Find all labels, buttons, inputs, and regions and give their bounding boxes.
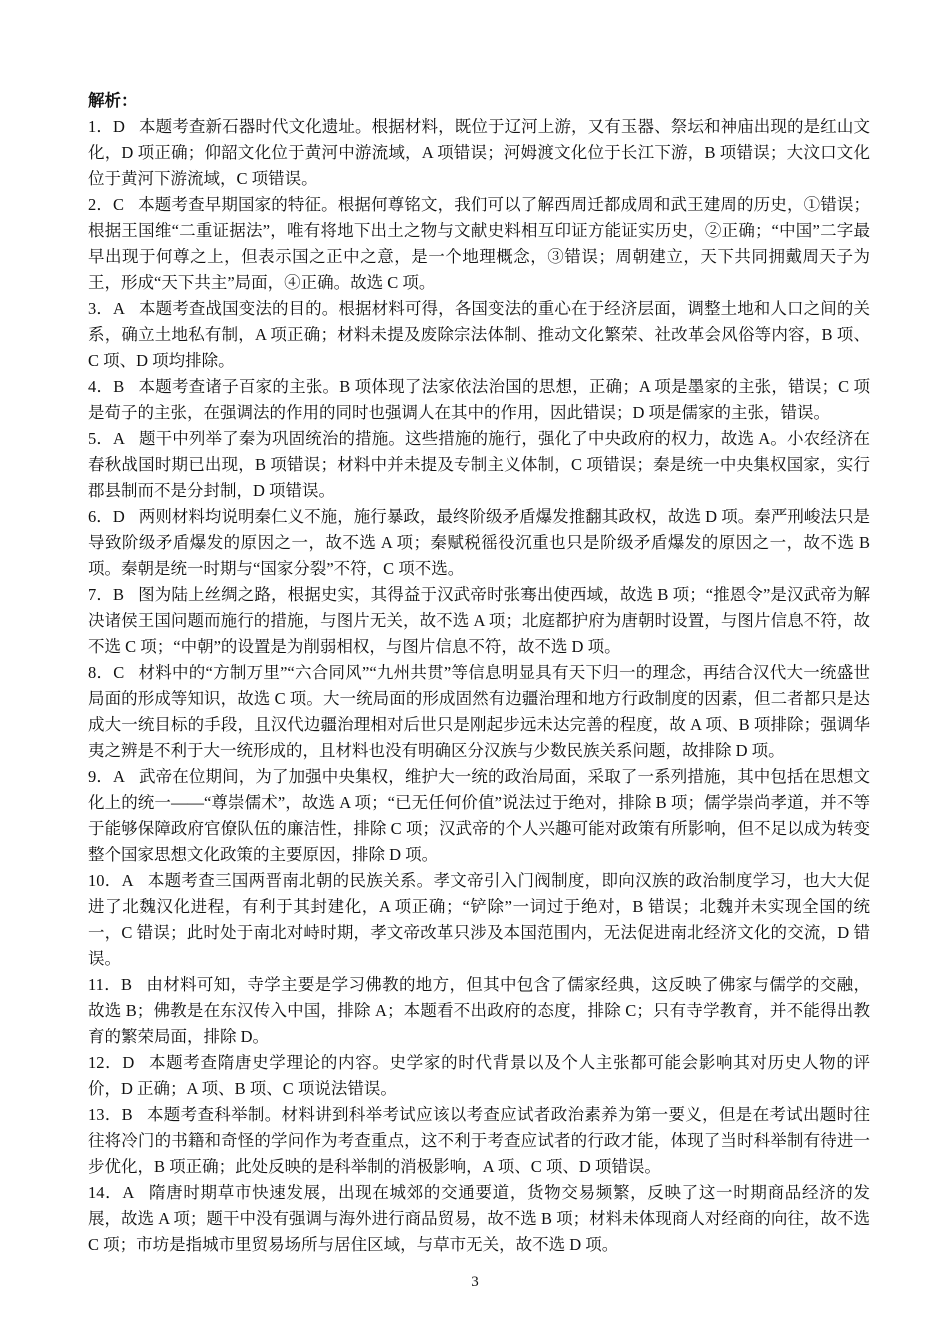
answer-label: 11．B [88, 975, 146, 994]
answer-item-2: 2．C本题考查早期国家的特征。根据何尊铭文，我们可以了解西周迁都成周和武王建周的… [88, 192, 870, 296]
explanation-text: 两则材料均说明秦仁义不施，施行暴政，最终阶级矛盾爆发推翻其政权，故选 D 项。秦… [88, 507, 870, 578]
answer-label: 13．B [88, 1105, 147, 1124]
explanation-text: 本题考查隋唐史学理论的内容。史学家的时代背景以及个人主张都可能会影响其对历史人物… [88, 1053, 870, 1098]
explanation-text: 本题考查三国两晋南北朝的民族关系。孝文帝引入门阀制度，即向汉族的政治制度学习，也… [88, 871, 870, 968]
explanation-text: 武帝在位期间，为了加强中央集权，维护大一统的政治局面，采取了一系列措施，其中包括… [88, 767, 870, 864]
page-number: 3 [0, 1272, 950, 1292]
answer-item-8: 8．C材料中的“方制万里”“六合同风”“九州共贯”等信息明显具有天下归一的理念，… [88, 660, 870, 764]
answer-item-3: 3．A本题考查战国变法的目的。根据材料可得，各国变法的重心在于经济层面，调整土地… [88, 296, 870, 374]
answer-label: 2．C [88, 195, 138, 214]
explanation-text: 隋唐时期草市快速发展，出现在城郊的交通要道，货物交易频繁，反映了这一时期商品经济… [88, 1183, 870, 1254]
explanation-text: 图为陆上丝绸之路，根据史实，其得益于汉武帝时张骞出使西域，故选 B 项；“推恩令… [88, 585, 870, 656]
explanation-text: 题干中列举了秦为巩固统治的措施。这些措施的施行，强化了中央政府的权力，故选 A。… [88, 429, 870, 500]
answer-label: 14．A [88, 1183, 148, 1202]
answer-item-7: 7．B图为陆上丝绸之路，根据史实，其得益于汉武帝时张骞出使西域，故选 B 项；“… [88, 582, 870, 660]
answer-item-10: 10．A本题考查三国两晋南北朝的民族关系。孝文帝引入门阀制度，即向汉族的政治制度… [88, 868, 870, 972]
answer-item-11: 11．B由材料可知，寺学主要是学习佛教的地方，但其中包含了儒家经典，这反映了佛家… [88, 972, 870, 1050]
section-heading: 解析： [88, 88, 870, 114]
answer-label: 12．D [88, 1053, 148, 1072]
document-page: 解析： 1．D本题考查新石器时代文化遗址。根据材料，既位于辽河上游，又有玉器、祭… [0, 0, 950, 1344]
answer-item-13: 13．B本题考查科举制。材料讲到科举考试应该以考查应试者政治素养为第一要义，但是… [88, 1102, 870, 1180]
explanation-text: 本题考查早期国家的特征。根据何尊铭文，我们可以了解西周迁都成周和武王建周的历史，… [88, 195, 870, 292]
answer-label: 4．B [88, 377, 138, 396]
answer-label: 9．A [88, 767, 139, 786]
answer-item-14: 14．A隋唐时期草市快速发展，出现在城郊的交通要道，货物交易频繁，反映了这一时期… [88, 1180, 870, 1258]
answer-item-1: 1．D本题考查新石器时代文化遗址。根据材料，既位于辽河上游，又有玉器、祭坛和神庙… [88, 114, 870, 192]
answer-item-9: 9．A武帝在位期间，为了加强中央集权，维护大一统的政治局面，采取了一系列措施，其… [88, 764, 870, 868]
answer-label: 8．C [88, 663, 138, 682]
answer-label: 3．A [88, 299, 139, 318]
explanation-text: 本题考查战国变法的目的。根据材料可得，各国变法的重心在于经济层面，调整土地和人口… [88, 299, 870, 370]
answer-item-5: 5．A题干中列举了秦为巩固统治的措施。这些措施的施行，强化了中央政府的权力，故选… [88, 426, 870, 504]
answer-label: 6．D [88, 507, 139, 526]
explanation-text: 本题考查诸子百家的主张。B 项体现了法家依法治国的思想，正确；A 项是墨家的主张… [88, 377, 870, 422]
answer-label: 7．B [88, 585, 138, 604]
explanation-text: 本题考查新石器时代文化遗址。根据材料，既位于辽河上游，又有玉器、祭坛和神庙出现的… [88, 117, 870, 188]
explanation-text: 本题考查科举制。材料讲到科举考试应该以考查应试者政治素养为第一要义，但是在考试出… [88, 1105, 870, 1176]
answer-item-4: 4．B本题考查诸子百家的主张。B 项体现了法家依法治国的思想，正确；A 项是墨家… [88, 374, 870, 426]
answer-item-12: 12．D本题考查隋唐史学理论的内容。史学家的时代背景以及个人主张都可能会影响其对… [88, 1050, 870, 1102]
explanation-text: 由材料可知，寺学主要是学习佛教的地方，但其中包含了儒家经典，这反映了佛家与儒学的… [88, 975, 870, 1046]
answer-item-6: 6．D两则材料均说明秦仁义不施，施行暴政，最终阶级矛盾爆发推翻其政权，故选 D … [88, 504, 870, 582]
answer-key-content: 解析： 1．D本题考查新石器时代文化遗址。根据材料，既位于辽河上游，又有玉器、祭… [88, 88, 870, 1258]
answer-label: 10．A [88, 871, 148, 890]
answer-label: 5．A [88, 429, 139, 448]
explanation-text: 材料中的“方制万里”“六合同风”“九州共贯”等信息明显具有天下归一的理念，再结合… [88, 663, 870, 760]
answer-label: 1．D [88, 117, 139, 136]
